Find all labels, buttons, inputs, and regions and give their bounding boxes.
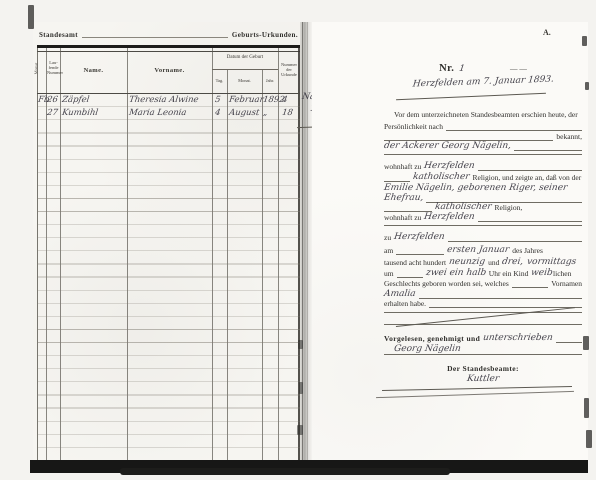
cell-tag: 5 [214,95,221,105]
blank-line [478,219,582,222]
bekannt-label: bekannt, [556,132,582,141]
am-label: am [384,246,393,255]
gutter-smudge [297,425,303,435]
column-header-tag: Tag. [212,78,227,83]
form-line: katholischer Religion, und zeigte an, da… [384,172,582,182]
geburts-urkunden-label: Geburts-Urkunden. [232,31,298,39]
standesbeamte-label: Der Standesbeamte: [447,364,519,373]
gutter-smudge [298,340,303,349]
und-label: und [488,258,499,267]
um-label: um [384,269,394,278]
cell-urkunde-nr: 4 [281,95,288,105]
standesamt-label: Standesamt [39,31,78,39]
cell-monat: August [228,108,260,118]
dateline-text: Herzfelden am 7. Januar 1893. [412,75,554,90]
form-line: bekannt, [384,132,582,141]
gutter-fold-line [302,22,303,462]
nr-dashes: — — [510,64,527,73]
uhrzeit-handwriting: zwei ein halb [425,268,487,278]
nr-label: Nr. [439,64,454,73]
column-header-urkunde-nummer: Nummer der Urkunde [278,62,300,77]
des-jahres-label: des Jahres [512,246,543,255]
column-header-vorname: Vorname. [127,67,212,74]
registrar-signature: Kuttler [466,374,499,384]
standesamt-blank-line [82,35,228,38]
tausend-label: tausend acht hundert [384,258,446,267]
religion2-handwriting: katholischer [434,202,492,212]
table-row: Fb 26 Zäpfel Theresia Alwine 5 Februar 1… [37,93,300,106]
lichen-label: lichen [553,269,571,278]
record-number-line: Nr. 1 — — [384,64,582,74]
scan-edge-mark [582,36,587,46]
blank-line [448,239,582,242]
wohnhaft-zu2-label: wohnhaft zu [384,213,421,222]
table-row: 27 Kumbihl Maria Leonia 4 August „ 18 [37,106,300,119]
form-line: wohnhaft zu Herzfelden [384,161,582,171]
mother-handwriting: Emilie Nägelin, geborenen Riger, seiner [383,183,568,193]
form-line: wohnhaft zu Herzfelden [384,212,582,222]
cell-tag: 4 [214,108,221,118]
scan-edge-mark [584,398,589,418]
blank-line [556,340,582,343]
blank-line [429,305,582,308]
geschlecht-handwriting: weib [531,268,554,278]
vornamen-label: Vornamen [551,279,582,288]
geschlechts-label: Geschlechts geboren worden sei, welches [384,279,509,288]
form-line: erhalten habe. [384,299,582,308]
intro-text: Vor dem unterzeichneten Standesbeamten e… [384,110,578,119]
blank-line [384,152,582,155]
nr-value: 1 [459,64,466,74]
tageszeit-handwriting: vormittags [526,257,577,267]
form-line: Persönlichkeit nach [384,122,582,131]
table-top-rule [37,51,300,52]
cell-name: Kumbihl [61,108,98,118]
signature-flourish [376,391,574,398]
scan-edge-mark [586,430,592,448]
erhalten-habe-label: erhalten habe. [384,299,426,308]
blank-line [512,285,549,288]
blank-line [384,179,410,182]
blank-line [478,168,582,171]
form-line: Vor dem unterzeichneten Standesbeamten e… [384,110,582,119]
jahr-handwriting: drei, [502,257,525,267]
form-line: Kuttler [384,374,582,384]
religion-handwriting: katholischer [412,172,470,182]
form-line: Emilie Nägelin, geborenen Riger, seiner [384,183,582,193]
signature-flourish [382,386,572,391]
gutter-fold-line [307,22,308,462]
form-line: der Ackerer Georg Nägelin, [384,141,582,151]
wohnhaft-zu-label: wohnhaft zu [384,162,421,171]
column-header-name: Name. [60,67,127,74]
form-line: um zwei ein halb Uhr ein Kind weib liche… [384,268,582,278]
birthplace-handwriting: Herzfelden [393,232,445,242]
cell-vorname: Theresia Alwine [128,95,199,105]
persoenlichkeit-label: Persönlichkeit nach [384,122,443,131]
column-header-datum-geburt: Datum der Geburt [212,55,278,60]
column-header-lfd-nummer: Lau- fende Nummer [47,60,60,75]
form-line [384,152,582,155]
book-gutter [300,22,312,462]
form-line: Vorgelesen, genehmigt und unterschrieben [384,333,582,343]
cell-number: 26 [46,95,58,105]
blank-line [397,275,423,278]
column-header-jahr: Jahr. [262,78,278,83]
column-header-month-vertical: Monat [33,63,38,75]
cell-jahr: „ [262,108,268,118]
blank-line [396,252,444,255]
neunzig-handwriting: neunzig [448,257,486,267]
form-line: katholischer Religion, [384,202,582,212]
cell-urkunde-nr: 18 [281,108,293,118]
birthdate-handwriting: ersten Januar [446,245,509,255]
cell-vorname: Maria Leonia [128,108,187,118]
column-header-monat: Monat. [227,78,262,83]
form-line [384,352,582,355]
scan-edge-mark [585,82,589,90]
religion-anzeige-label: Religion, und zeigte an, daß von der [473,173,582,182]
blank-line [446,128,582,131]
form-line: am ersten Januar des Jahres [384,245,582,255]
uhr-kind-label: Uhr ein Kind [489,269,529,278]
scan-edge-mark [583,336,589,350]
scan-edge-mark [28,5,34,29]
dateline-underline [396,93,546,101]
urk-l3: Urkunde [281,72,297,77]
form-line: zu Herzfelden [384,232,582,242]
residence-handwriting: Herzfelden [424,161,476,171]
datum-subheader-rule [212,69,278,70]
left-page-header: Standesamt Geburts-Urkunden. [39,27,298,39]
cell-number: 27 [46,108,58,118]
blank-line [384,223,582,226]
religion2-label: Religion, [495,203,523,212]
form-line [384,223,582,226]
cell-name: Zäpfel [61,95,90,105]
form-line: Der Standesbeamte: [384,364,582,373]
unterschrieben-handwriting: unterschrieben [482,333,553,343]
register-index-table: Monat Lau- fende Nummer Name. Vorname. D… [37,45,300,462]
form-line: tausend acht hundert neunzig und drei, v… [384,257,582,267]
cell-monat: Februar [228,95,264,105]
residence2-handwriting: Herzfelden [424,212,476,222]
scan-bottom-border-shadow [120,468,450,475]
vorgelesen-label: Vorgelesen, genehmigt und [384,334,480,343]
right-page: A. Nr. 1 — — Herzfelden am 7. Januar 189… [312,22,588,462]
form-line: Geschlechts geboren worden sei, welches … [384,279,582,288]
table-ruled-rows [37,94,300,462]
declarant-handwriting: der Ackerer Georg Nägelin, [383,141,511,151]
form-line: Amalia [384,289,582,299]
scanned-birth-register: Standesamt Geburts-Urkunden. Monat Lau- … [0,0,596,480]
dateline: Herzfelden am 7. Januar 1893. [384,77,582,87]
gutter-smudge [299,382,303,394]
blank-line [384,352,582,355]
child-name-handwriting: Amalia [383,289,416,299]
blank-line [514,148,582,151]
zu-label: zu [384,233,391,242]
left-page: Standesamt Geburts-Urkunden. Monat Lau- … [33,22,301,462]
form-corner-label: A. [543,28,551,37]
